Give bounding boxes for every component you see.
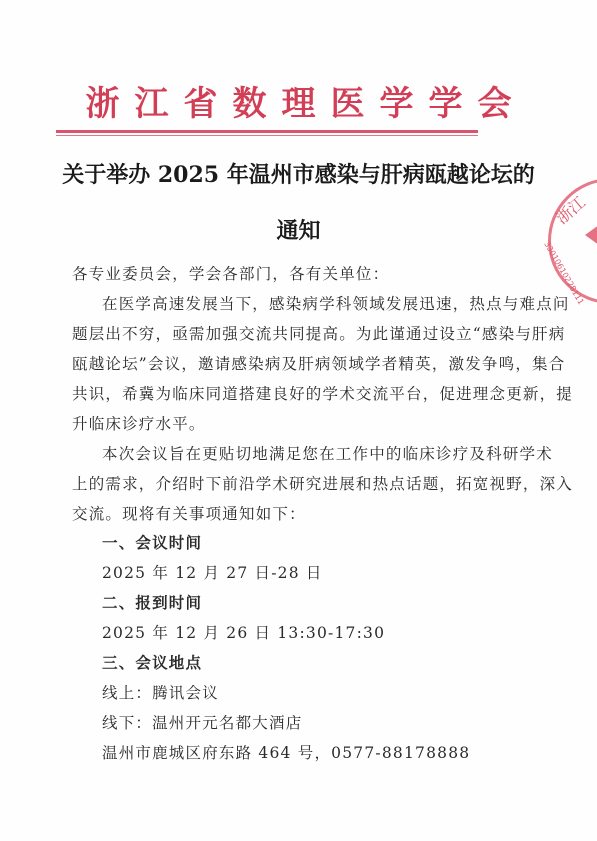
section-heading-meeting-time: 一、会议时间 <box>102 531 202 553</box>
section-heading-venue: 三、会议地点 <box>102 651 202 673</box>
header-rule-thin <box>56 135 478 136</box>
header-rule-thick <box>56 130 478 133</box>
paragraph1-line: 瓯越论坛”会议，邀请感染病及肝病领域学者精英，激发争鸣，集合 <box>72 352 565 374</box>
paragraph2-line: 本次会议旨在更贴切地满足您在工作中的临床诊疗及科研学术 <box>102 442 553 464</box>
document-title-line2: 通知 <box>0 214 597 245</box>
registration-time-value: 2025 年 12 月 26 日 13:30-17:30 <box>102 621 385 643</box>
salutation: 各专业委员会，学会各部门，各有关单位： <box>72 262 389 284</box>
paragraph1-line: 升临床诊疗水平。 <box>72 412 206 434</box>
paragraph2-line: 上的需求，介绍时下前沿学术研究进展和热点话题，拓宽视野，深入 <box>72 472 573 494</box>
stamp-star-icon <box>585 225 597 245</box>
organization-header: 浙江省数理医学学会 <box>0 76 597 125</box>
section-heading-registration-time: 二、报到时间 <box>102 591 202 613</box>
venue-address: 温州市鹿城区府东路 464 号，0577-88178888 <box>102 741 470 763</box>
paragraph2-line: 交流。现将有关事项通知如下： <box>72 502 306 524</box>
paragraph1-line: 在医学高速发展当下，感染病学科领域发展迅速，热点与难点问 <box>102 292 570 314</box>
venue-offline: 线下：温州开元名都大酒店 <box>102 711 302 733</box>
paragraph1-line: 共识，希冀为临床同道搭建良好的学术交流平台，促进理念更新，提 <box>72 382 573 404</box>
meeting-time-value: 2025 年 12 月 27 日-28 日 <box>102 561 323 583</box>
venue-online: 线上：腾讯会议 <box>102 681 219 703</box>
paragraph1-line: 题层出不穷，亟需加强交流共同提高。为此谨通过设立“感染与肝病 <box>72 322 565 344</box>
document-title-line1: 关于举办 2025 年温州市感染与肝病瓯越论坛的 <box>0 158 597 189</box>
